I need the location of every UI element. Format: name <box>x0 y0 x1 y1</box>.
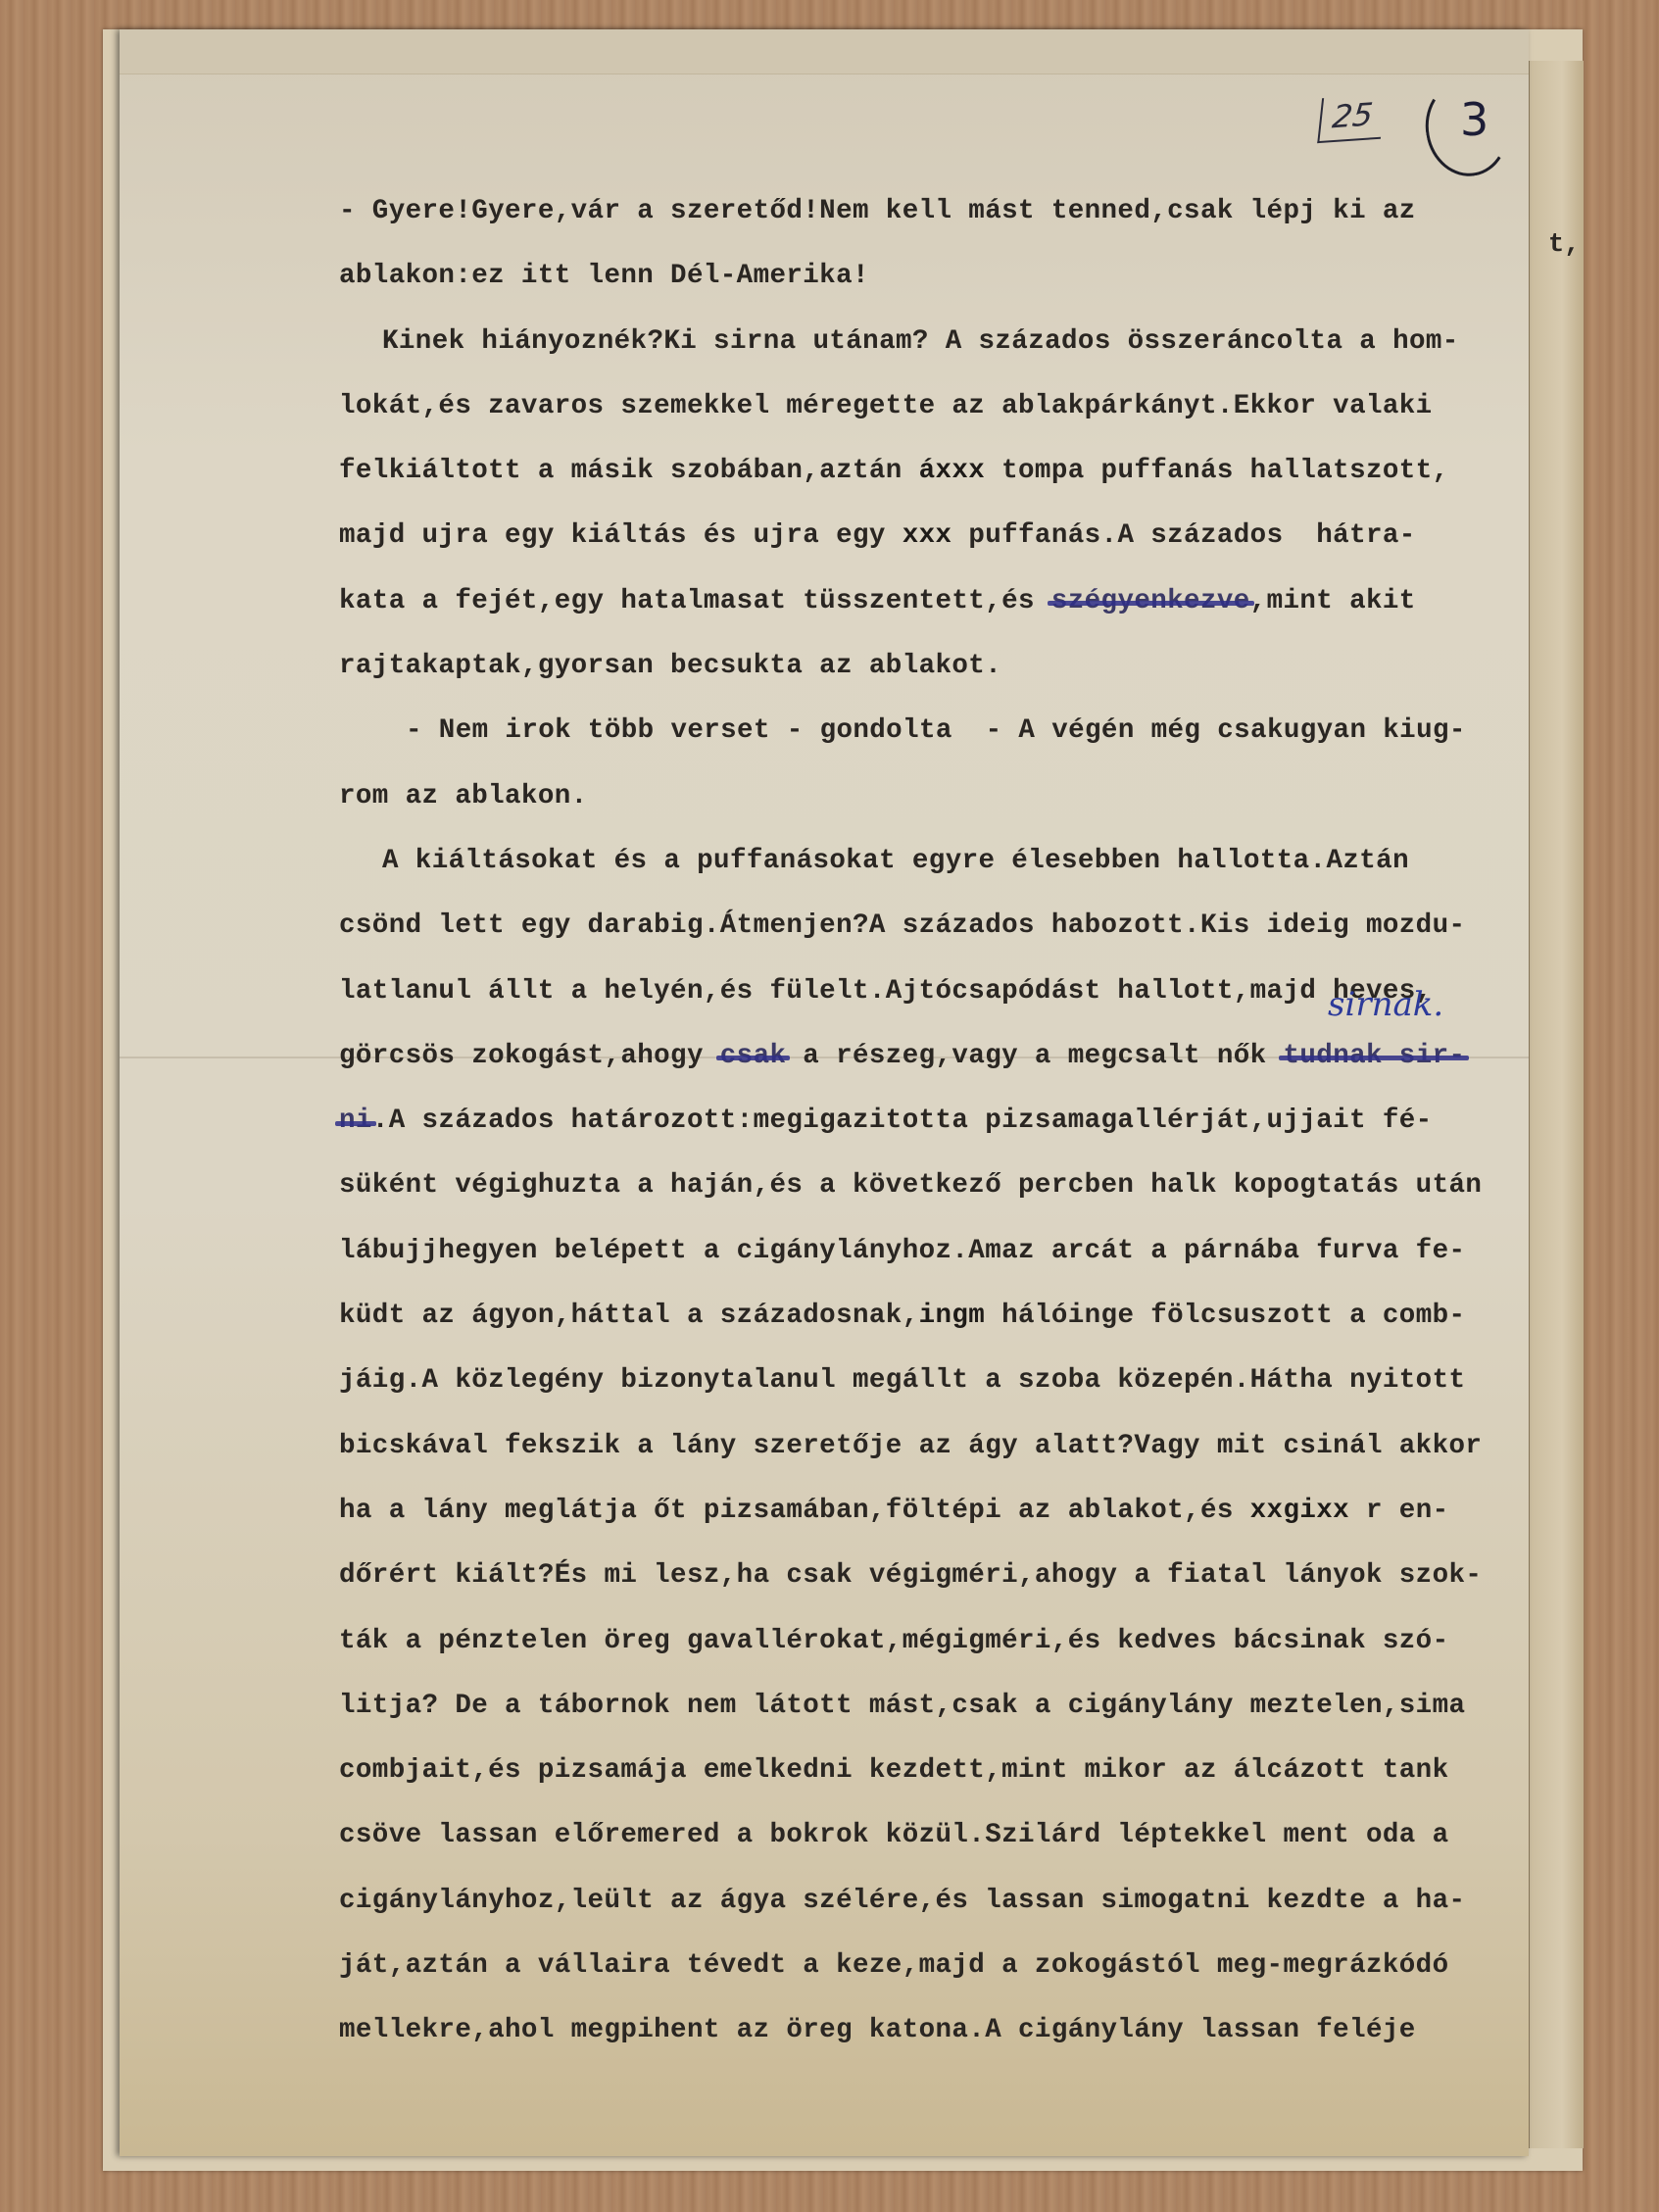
text-segment: a részeg,vagy a megcsalt nők <box>786 1041 1283 1071</box>
text-line: jáig.A közlegény bizonytalanul megállt a… <box>339 1349 1564 1413</box>
text-line: A kiáltásokat és a puffanásokat egyre él… <box>339 829 1564 894</box>
text-segment: ha a lány meglátja őt pizsamában,föltépi… <box>339 1496 1250 1526</box>
text-line: küdt az ágyon,háttal a századosnak,ingm … <box>339 1284 1564 1349</box>
ink-strikeout: szégyenkezve <box>1051 586 1250 616</box>
text-line: - Nem irok több verset - gondolta - A vé… <box>339 699 1564 763</box>
text-line: lokát,és zavaros szemekkel méregette az … <box>339 374 1564 439</box>
ink-strikeout: tudnak sir- <box>1283 1041 1465 1071</box>
text-line: cigánylányhoz,leült az ágya szélére,és l… <box>339 1869 1564 1934</box>
text-line: ját,aztán a vállaira tévedt a keze,majd … <box>339 1934 1564 1998</box>
text-line: süként végighuzta a haján,és a következő… <box>339 1154 1564 1218</box>
text-segment: majd ujra egy kiáltás és ujra egy <box>339 520 903 551</box>
text-segment: tompa puffanás hallatszott, <box>985 456 1448 486</box>
ink-strikeout: csak <box>720 1041 787 1071</box>
archive-number: 25 <box>1317 94 1386 143</box>
text-segment: r en- <box>1349 1496 1448 1526</box>
body-text: - Gyere!Gyere,vár a szeretőd!Nem kell má… <box>339 179 1564 2064</box>
text-segment: ,mint akit <box>1250 586 1416 616</box>
page-number: 3 <box>1460 93 1488 146</box>
text-line: rajtakaptak,gyorsan becsukta az ablakot. <box>339 634 1564 699</box>
typed-strikeout: xxx <box>903 520 952 551</box>
text-segment: .A százados határozott:megigazitotta piz… <box>372 1106 1433 1136</box>
text-segment: kata a fejét,egy hatalmasat tüsszentett,… <box>339 586 1051 616</box>
text-line: - Gyere!Gyere,vár a szeretőd!Nem kell má… <box>339 179 1564 244</box>
text-line: csönd lett egy darabig.Átmenjen?A század… <box>339 894 1564 959</box>
text-segment: küdt az ágyon,háttal a századosnak, <box>339 1301 919 1331</box>
text-line: Kinek hiányoznék?Ki sirna utánam? A száz… <box>339 310 1564 374</box>
text-line: felkiáltott a másik szobában,aztán áxxx … <box>339 439 1564 504</box>
text-line: kata a fejét,egy hatalmasat tüsszentett,… <box>339 569 1564 634</box>
text-line: ablakon:ez itt lenn Dél-Amerika! <box>339 244 1564 309</box>
text-line: litja? De a tábornok nem látott mást,csa… <box>339 1674 1564 1739</box>
text-segment: felkiáltott a másik szobában,aztán <box>339 456 919 486</box>
text-line: csöve lassan előremered a bokrok közül.S… <box>339 1803 1564 1868</box>
text-line: bicskával fekszik a lány szeretője az ág… <box>339 1414 1564 1479</box>
top-fold <box>120 29 1529 74</box>
text-line: majd ujra egy kiáltás és ujra egy xxx pu… <box>339 504 1564 568</box>
text-line: lábujjhegyen belépett a cigánylányhoz.Am… <box>339 1219 1564 1284</box>
text-line: combjait,és pizsamája emelkedni kezdett,… <box>339 1739 1564 1803</box>
text-line: ni.A százados határozott:megigazitotta p… <box>339 1089 1564 1154</box>
text-line: mellekre,ahol megpihent az öreg katona.A… <box>339 1998 1564 2063</box>
text-line: ták a pénztelen öreg gavallérokat,mégigm… <box>339 1609 1564 1674</box>
handwritten-correction: sirnak. <box>1328 985 1443 1024</box>
typed-strikeout: ingm <box>919 1301 986 1331</box>
text-segment: puffanás.A százados hátra- <box>951 520 1415 551</box>
ink-strikeout: ni <box>339 1106 372 1136</box>
typed-strikeout: áxxx <box>919 456 986 486</box>
text-segment: görcsös zokogást,ahogy <box>339 1041 720 1071</box>
text-line: dőrért kiált?És mi lesz,ha csak végigmér… <box>339 1544 1564 1608</box>
text-line: rom az ablakon. <box>339 764 1564 829</box>
text-line: ha a lány meglátja őt pizsamában,föltépi… <box>339 1479 1564 1544</box>
text-line: görcsös zokogást,ahogy csak a részeg,vag… <box>339 1024 1564 1089</box>
typed-strikeout: xxgixx <box>1250 1496 1349 1526</box>
text-segment: hálóinge fölcsuszott a comb- <box>985 1301 1465 1331</box>
